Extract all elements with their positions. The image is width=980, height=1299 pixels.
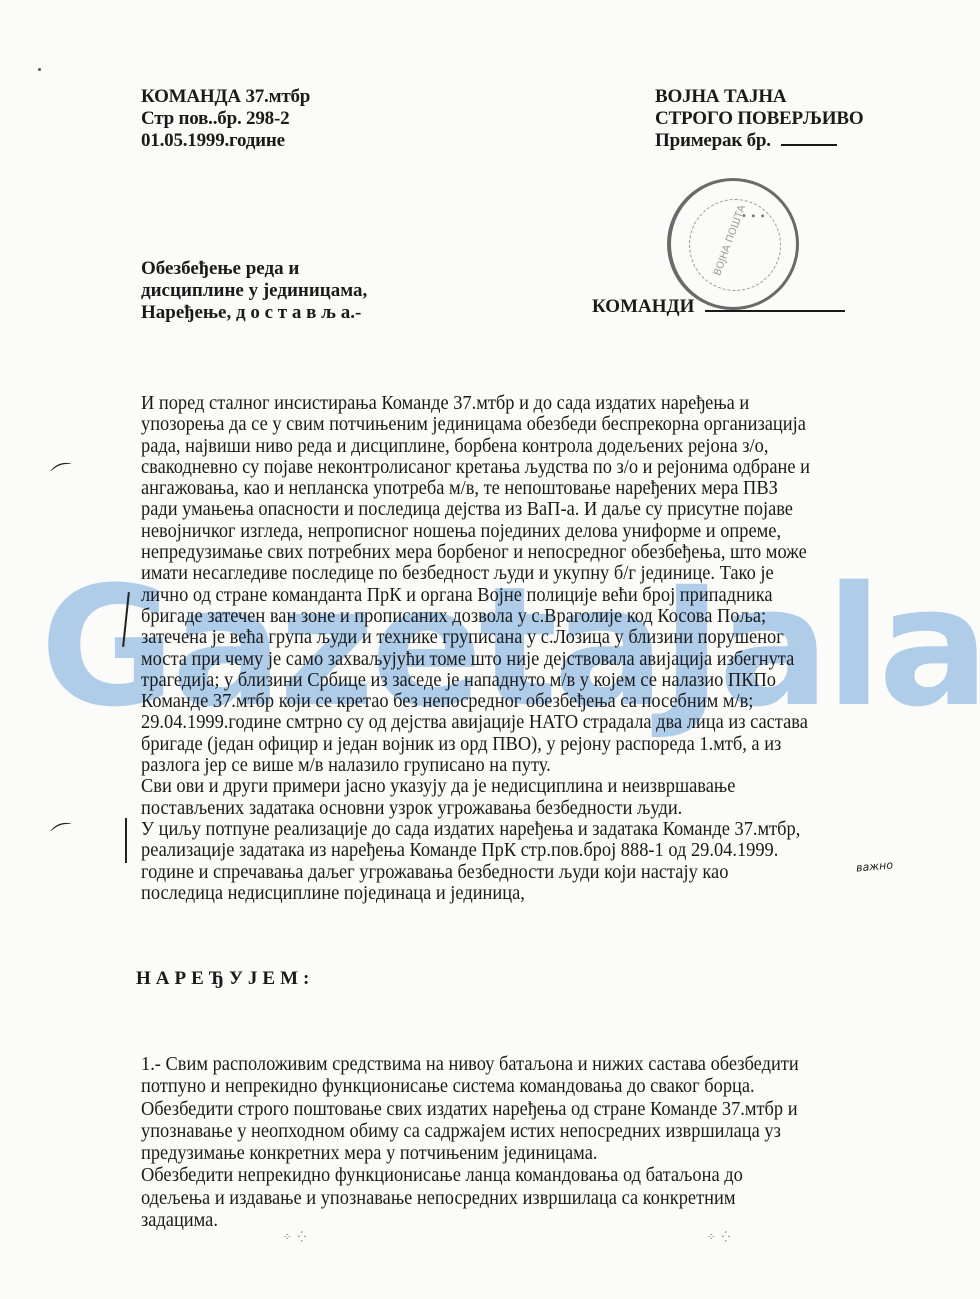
margin-note: важно [856, 858, 894, 874]
body-line: 29.04.1999.године смтрно су од дејства а… [141, 712, 859, 733]
orders-heading: НАРЕЂУЈЕМ: [136, 968, 314, 990]
body-line: лично од стране команданта ПрК и органа … [141, 585, 859, 606]
stamp-speck: • ∙ ∙ [741, 211, 766, 222]
recipient-blank [705, 310, 845, 312]
scan-speck [38, 68, 41, 71]
margin-bracket-line [125, 818, 127, 863]
body-line: ангажовања, као и непланска употреба м/в… [141, 478, 859, 499]
header-left: КОМАНДА 37.мтбр Стр пов..бр. 298-2 01.05… [141, 86, 310, 152]
subject-line: Наређење, д о с т а в љ а.- [141, 302, 367, 324]
body-line: невојничког изгледа, непрописног ношења … [141, 521, 859, 542]
classification-military-secret: ВОЈНА ТАЈНА [655, 86, 863, 108]
body-line: свакодневно су појаве неконтролисаног кр… [141, 457, 859, 478]
order-line: одељења и издавање и упознавање непосред… [141, 1187, 859, 1209]
subject-line: дисциплине у јединицама, [141, 280, 367, 302]
scan-noise: ⁘ ⁛ [707, 1232, 732, 1243]
unit-name: КОМАНДА 37.мтбр [141, 86, 310, 108]
body-line: реализације задатака из наређења Команде… [141, 840, 859, 861]
header-right: ВОЈНА ТАЈНА СТРОГО ПОВЕРЉИВО Примерак бр… [655, 86, 863, 152]
orders-list: 1.- Свим расположивим средствима на ниво… [141, 1053, 859, 1231]
order-line: Обезбедити непрекидно функционисање ланц… [141, 1164, 859, 1186]
order-line: упознавање у неопходном обиму са садржај… [141, 1120, 859, 1142]
reference-number: Стр пов..бр. 298-2 [141, 108, 310, 130]
body-line: ради умањења опасности и последица дејст… [141, 499, 859, 520]
copy-number-blank [781, 144, 837, 146]
order-line: 1.- Свим расположивим средствима на ниво… [141, 1053, 859, 1075]
scan-noise: ⁘ ⁛ [283, 1232, 308, 1243]
body-line: затечена је већа група људи и технике гр… [141, 627, 859, 648]
margin-checkmark-icon: ⌒ [47, 815, 78, 852]
margin-bracket-line [122, 592, 130, 647]
official-stamp: ВОЈНА ПОШТА • ∙ ∙ [667, 178, 799, 310]
document-date: 01.05.1999.године [141, 130, 310, 152]
recipient-label: КОМАНДИ [592, 296, 694, 317]
order-line: задацима. [141, 1209, 859, 1231]
body-line: Сви ови и други примери јасно указују да… [141, 776, 859, 797]
document-subject: Обезбеђење реда и дисциплине у јединицам… [141, 258, 367, 324]
body-line: У циљу потпуне реализације до сада издат… [141, 819, 859, 840]
body-line: И поред сталног инсистирања Команде 37.м… [141, 393, 859, 414]
order-line: предузимање конкретних мера у потчињеним… [141, 1142, 859, 1164]
body-line: бригаде (један официр и један војник из … [141, 734, 859, 755]
order-line: Обезбедити строго поштовање свих издатих… [141, 1098, 859, 1120]
body-line: упозорења да се у свим потчињеним једини… [141, 414, 859, 435]
copy-number: Примерак бр. [655, 130, 863, 152]
order-line: потпуно и непрекидно функционисање систе… [141, 1075, 859, 1097]
body-line: Команде 37.мтбр који се кретао без непос… [141, 691, 859, 712]
body-line: бригаде затечен ван зоне и прописаних до… [141, 606, 859, 627]
body-line: трагедија; у близини Србице из заседе је… [141, 670, 859, 691]
body-line: непредузимање свих потребних мера борбен… [141, 542, 859, 563]
body-line: моста при чему је само захваљујући томе … [141, 649, 859, 670]
copy-number-label: Примерак бр. [655, 130, 771, 151]
body-line: рада, највиши ниво реда и дисциплине, бо… [141, 436, 859, 457]
body-line: имати несагледиве последице по безбеднос… [141, 563, 859, 584]
subject-line: Обезбеђење реда и [141, 258, 367, 280]
body-line: постављених задатака основни узрок угрож… [141, 798, 859, 819]
recipient: КОМАНДИ [592, 296, 845, 318]
body-line: последица недисциплине појединаца и једи… [141, 883, 859, 904]
body-line: године и спречавања даљег угрожавања без… [141, 862, 859, 883]
margin-checkmark-icon: ⌒ [47, 455, 78, 492]
body-line: разлога јер се више м/в налазило груписа… [141, 755, 859, 776]
classification-strictly-confidential: СТРОГО ПОВЕРЉИВО [655, 108, 863, 130]
document-body: И поред сталног инсистирања Команде 37.м… [141, 393, 859, 904]
